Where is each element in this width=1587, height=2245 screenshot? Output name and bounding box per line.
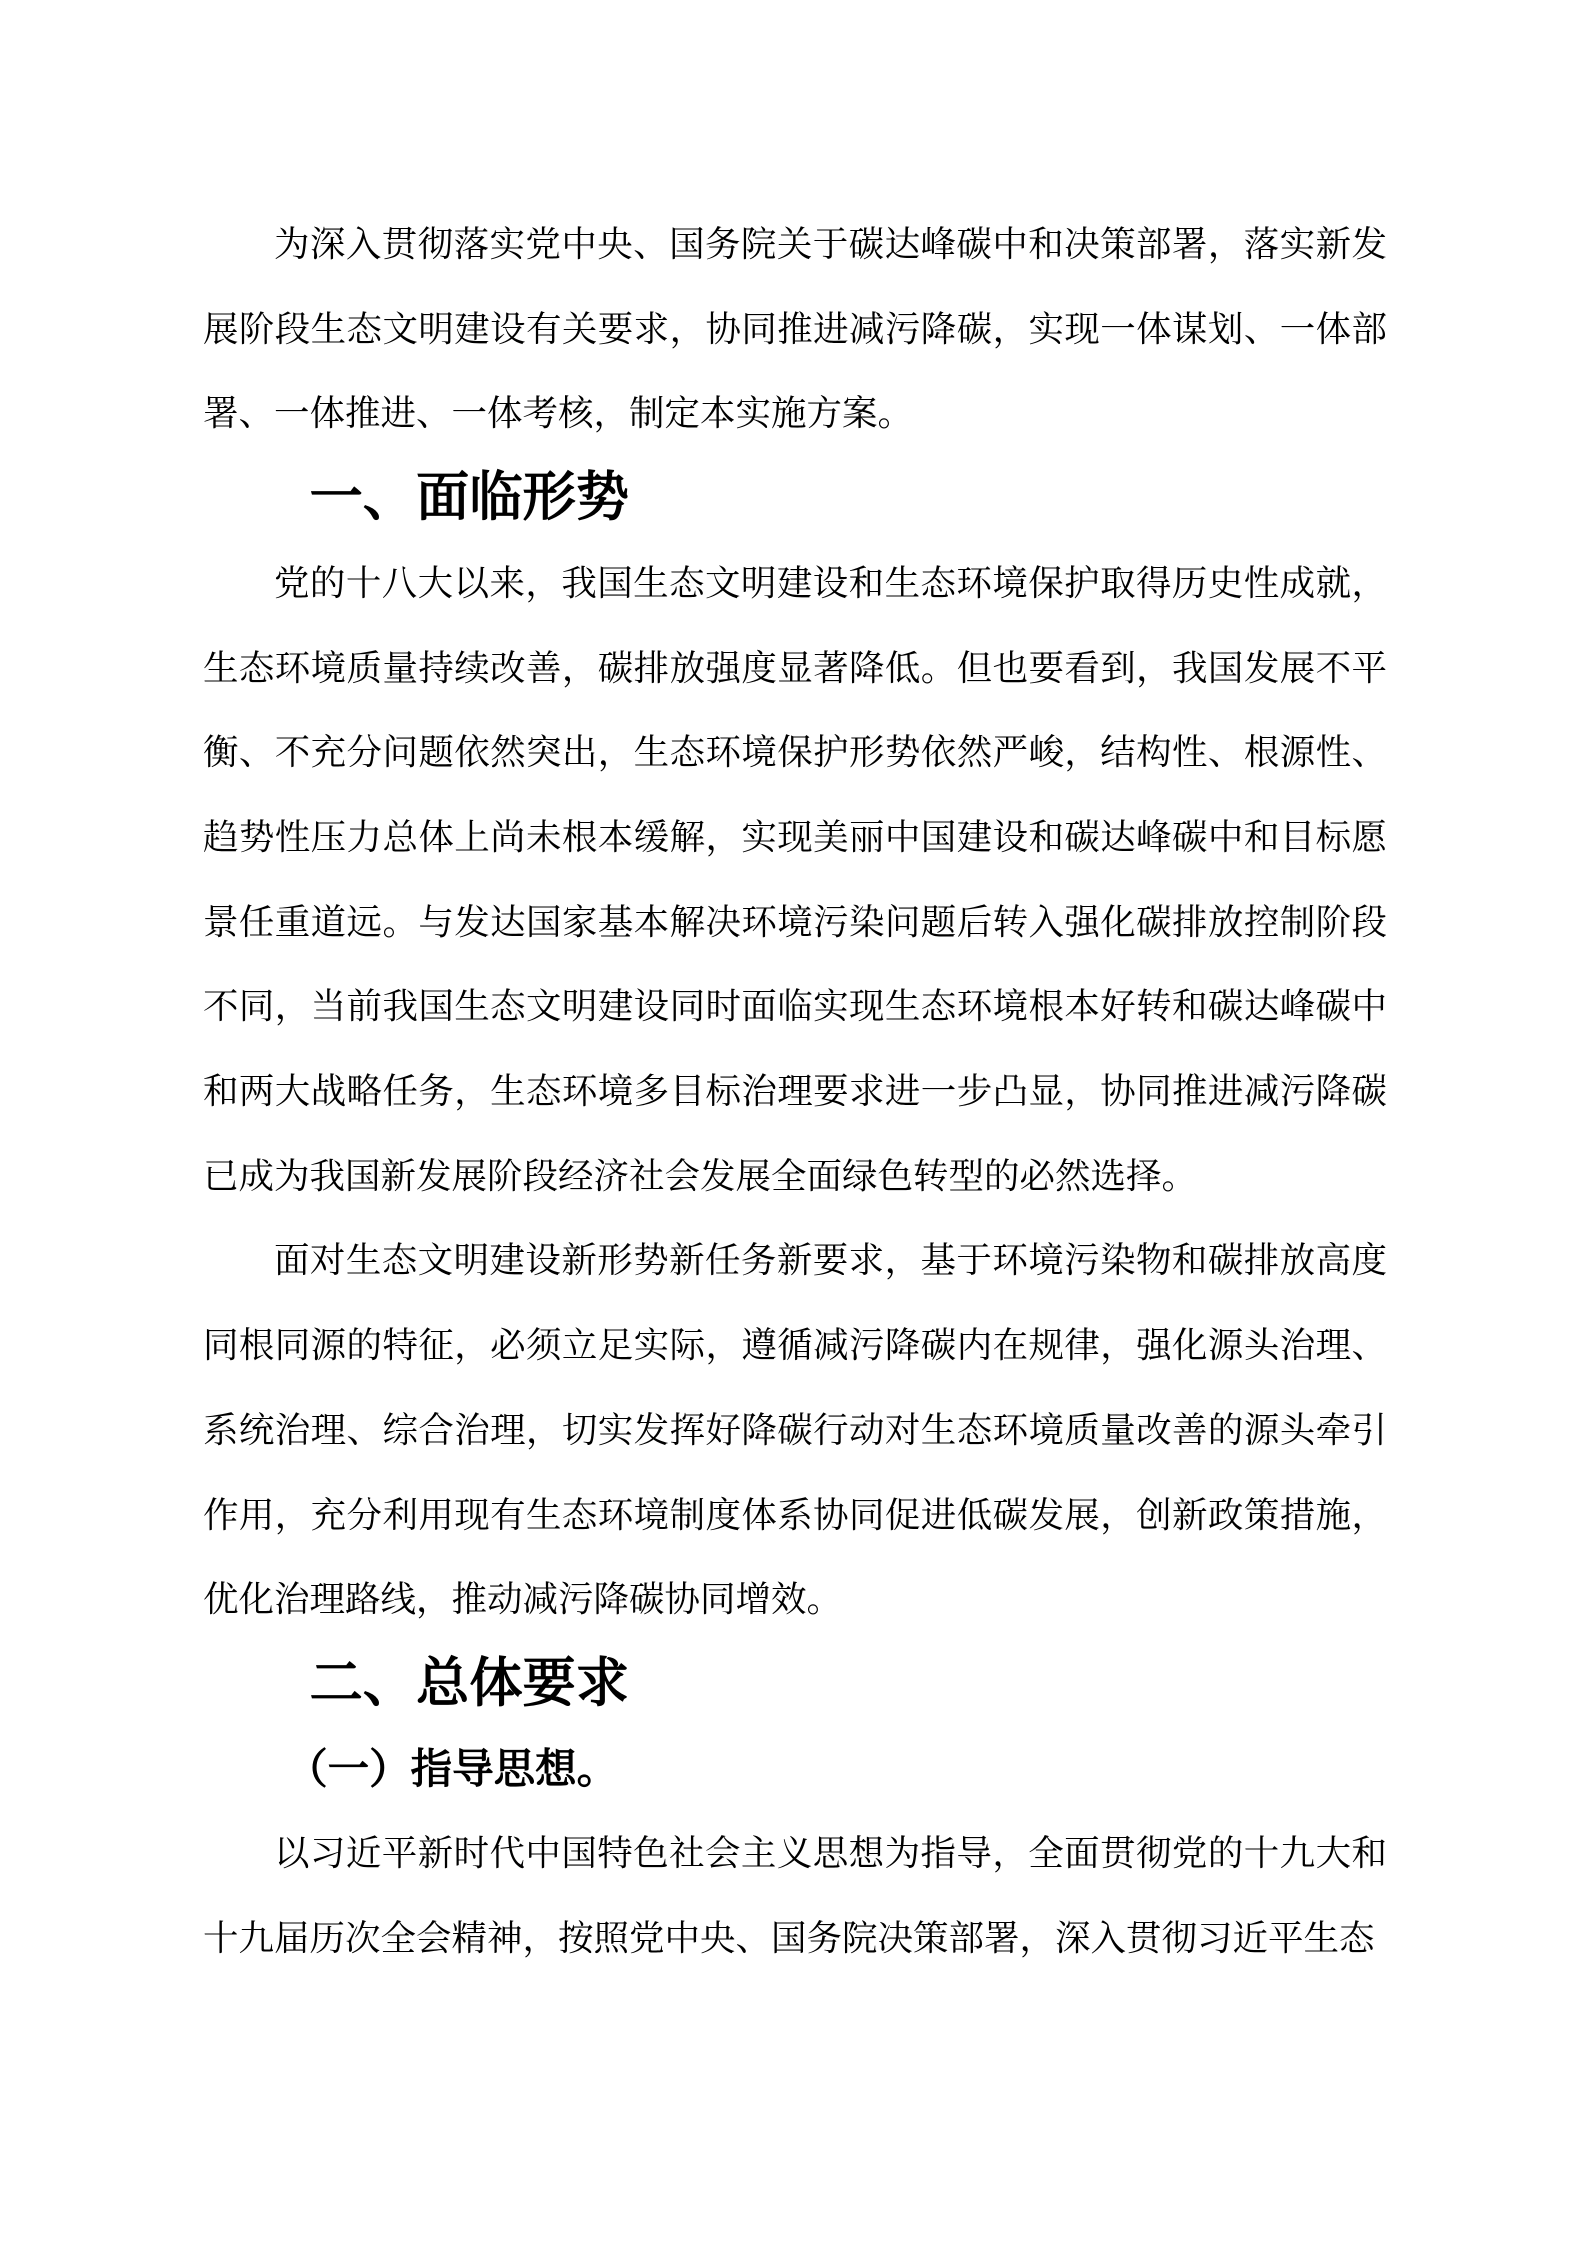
document-body: 为深入贯彻落实党中央、国务院关于碳达峰碳中和决策部署，落实新发展阶段生态文明建设… [203,202,1387,1981]
section-1-heading: 一、面临形势 [203,456,1387,541]
section-2-subheading-guiding-ideology: （一）指导思想。 [203,1727,1387,1812]
intro-paragraph: 为深入贯彻落实党中央、国务院关于碳达峰碳中和决策部署，落实新发展阶段生态文明建设… [203,202,1387,456]
section-1-paragraph-requirements: 面对生态文明建设新形势新任务新要求，基于环境污染物和碳排放高度同根同源的特征，必… [203,1218,1387,1642]
document-page: 为深入贯彻落实党中央、国务院关于碳达峰碳中和决策部署，落实新发展阶段生态文明建设… [0,0,1587,2245]
section-2-paragraph-guiding-ideology: 以习近平新时代中国特色社会主义思想为指导，全面贯彻党的十九大和十九届历次全会精神… [203,1811,1387,1980]
section-2-heading: 二、总体要求 [203,1642,1387,1727]
section-1-paragraph-situation: 党的十八大以来，我国生态文明建设和生态环境保护取得历史性成就，生态环境质量持续改… [203,541,1387,1219]
